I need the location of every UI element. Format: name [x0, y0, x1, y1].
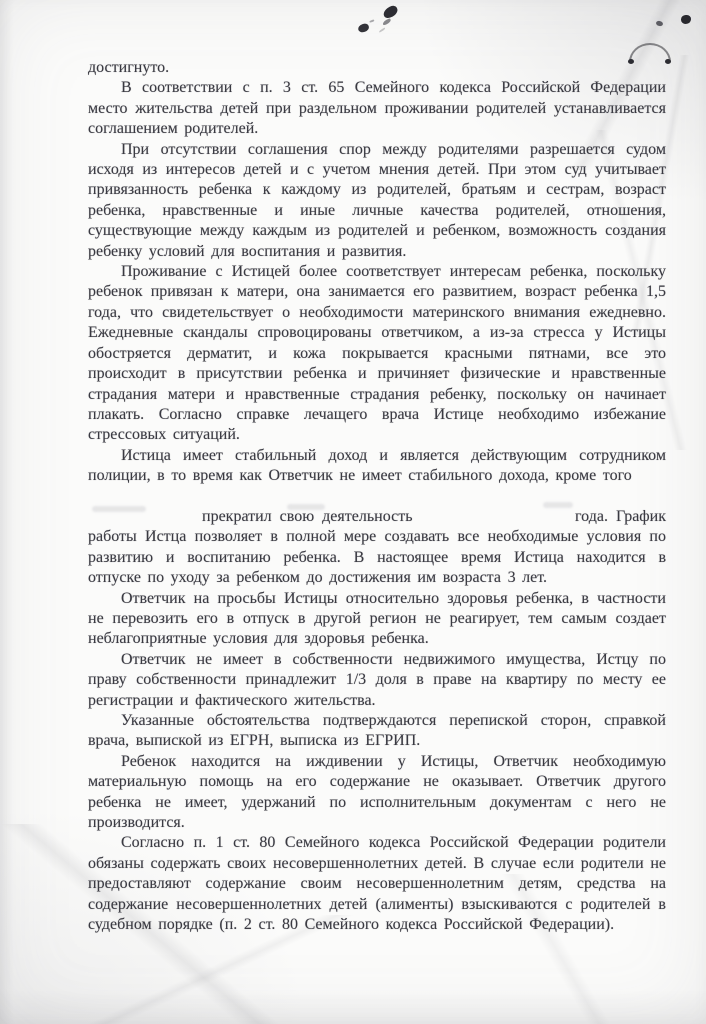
paragraph-income-end: работы Истца позволяет в полной мере соз…	[88, 527, 666, 588]
text-fragment-right: года. График	[575, 507, 666, 527]
scanned-document-page: достигнуто. В соответствии с п. 3 ст. 65…	[0, 0, 706, 1024]
redacted-fragments-line: прекратил свою деятельность года. График	[88, 507, 666, 527]
redacted-text-line	[88, 487, 666, 507]
staple-mark-icon	[357, 22, 370, 33]
paragraph-tail: достигнуто.	[88, 58, 666, 78]
ink-dot-icon	[681, 15, 691, 24]
paragraph-family-code-art80: Согласно п. 1 ст. 80 Семейного кодекса Р…	[88, 833, 666, 935]
paragraph-with-redactions: Истица имеет стабильный доход и является…	[88, 446, 666, 589]
paragraph-child-dependence: Ребенок находится на иждивении у Истицы,…	[88, 752, 666, 834]
paragraph-family-code-art65: В соответствии с п. 3 ст. 65 Семейного к…	[88, 78, 666, 139]
staple-mark-icon	[382, 4, 400, 20]
paragraph-dispute-resolution: При отсутствии соглашения спор между род…	[88, 140, 666, 262]
paragraph-property-ownership: Ответчик не имеет в собственности недвиж…	[88, 650, 666, 711]
ink-dot-icon	[655, 20, 663, 27]
paragraph-residence-with-plaintiff: Проживание с Истицей более соответствует…	[88, 262, 666, 446]
paragraph-defendant-ignores-requests: Ответчик на просьбы Истицы относительно …	[88, 589, 666, 650]
document-body-text: достигнуто. В соответствии с п. 3 ст. 65…	[88, 58, 666, 935]
text-fragment-left: прекратил свою деятельность	[202, 507, 413, 527]
paragraph-income-start: Истица имеет стабильный доход и является…	[88, 446, 666, 487]
paragraph-evidence-list: Указанные обстоятельства подтверждаются …	[88, 711, 666, 752]
